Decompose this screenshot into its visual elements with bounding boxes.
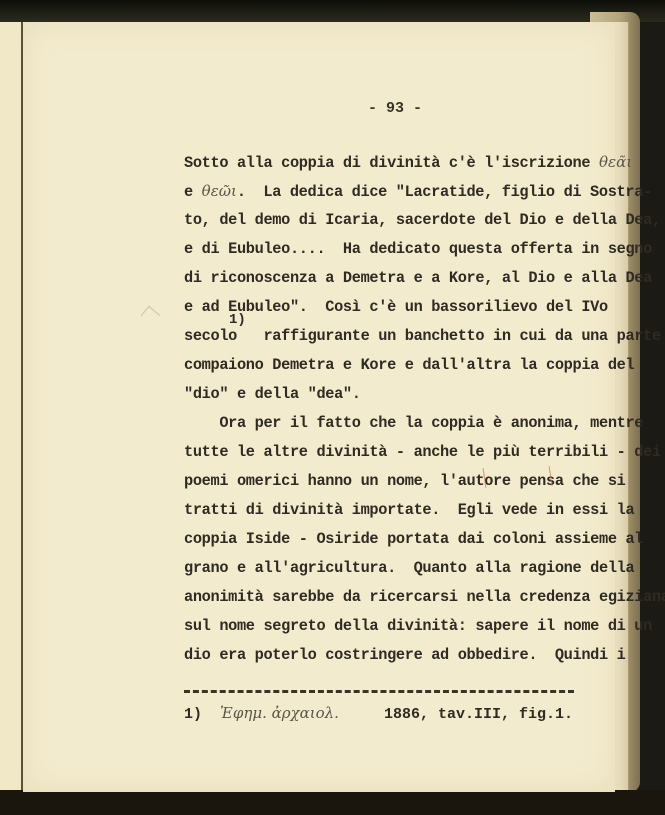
footnote: 1) Ἐφημ. ἀρχαιολ. 1886, tav.III, fig.1. xyxy=(184,704,573,723)
body-line: "dio" e della "dea". xyxy=(184,385,361,403)
book-top-edge xyxy=(0,0,665,22)
body-line: dio era poterlo costringere ad obbedire.… xyxy=(184,646,625,664)
document-page xyxy=(23,22,615,792)
line-text: e xyxy=(184,183,202,201)
body-line: e di Eubuleo.... Ha dedicato questa offe… xyxy=(184,240,652,258)
body-line: to, del demo di Icaria, sacerdote del Di… xyxy=(184,211,661,229)
line-text: . La dedica dice "Lacratide, figlio di S… xyxy=(237,183,652,201)
body-line: secolo raffigurante un banchetto in cui … xyxy=(184,327,661,345)
footnote-number: 1) xyxy=(184,706,202,723)
footnote-text: 1886, tav.III, fig.1. xyxy=(384,706,573,723)
body-line: sul nome segreto della divinità: sapere … xyxy=(184,617,652,635)
body-line: e θεῶι. La dedica dice "Lacratide, figli… xyxy=(184,182,652,201)
body-line: tutte le altre divinità - anche le più t… xyxy=(184,443,661,461)
line-text: Sotto alla coppia di divinità c'è l'iscr… xyxy=(184,154,599,172)
left-page-edge xyxy=(0,22,23,790)
handwritten-greek: θεᾶι xyxy=(599,153,632,171)
body-line: grano e all'agricultura. Quanto alla rag… xyxy=(184,559,634,577)
body-line: coppia Iside - Osiride portata dai colon… xyxy=(184,530,643,548)
body-line: compaiono Demetra e Kore e dall'altra la… xyxy=(184,356,634,374)
body-line: anonimità sarebbe da ricercarsi nella cr… xyxy=(184,588,665,606)
body-line: Ora per il fatto che la coppia è anonima… xyxy=(184,414,643,432)
handwritten-greek: Ἐφημ. ἀρχαιολ. xyxy=(220,704,339,722)
page-number: - 93 - xyxy=(368,100,422,117)
body-line: tratti di divinità importate. Egli vede … xyxy=(184,501,634,519)
body-line: e ad Eubuleo". Così c'è un bassorilievo … xyxy=(184,298,608,316)
body-line: Sotto alla coppia di divinità c'è l'iscr… xyxy=(184,153,632,172)
handwritten-greek: θεῶι xyxy=(202,182,237,200)
footnote-separator xyxy=(184,690,574,693)
body-line: poemi omerici hanno un nome, l'autore pe… xyxy=(184,472,625,490)
footnote-reference: 1) xyxy=(229,312,246,328)
body-line: di riconoscenza a Demetra e a Kore, al D… xyxy=(184,269,652,287)
book-bottom-edge xyxy=(0,790,665,815)
